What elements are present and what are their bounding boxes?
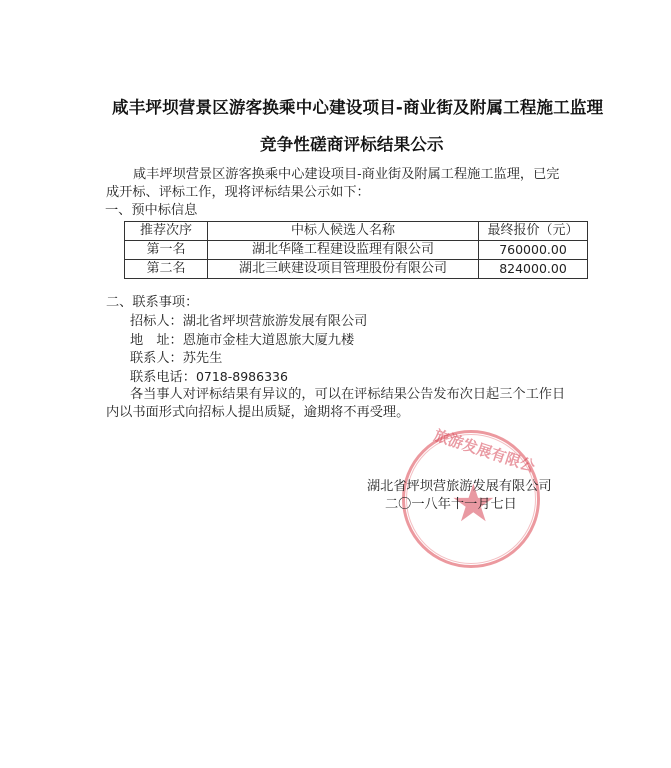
table-header-row: 推荐次序 中标人候选人名称 最终报价（元） [125,222,588,241]
document-title-line2: 竞争性磋商评标结果公示 [260,131,444,155]
contact-person: 联系人：苏先生 [130,350,222,368]
intro-text-line2: 成开标、评标工作，现将评标结果公示如下： [106,184,370,202]
signature-company: 湖北省坪坝营旅游发展有限公司 [367,478,552,496]
contact-phone-number: 0718-8986336 [196,369,288,384]
cell-price: 824000.00 [479,260,588,279]
cell-rank: 第二名 [125,260,208,279]
header-rank: 推荐次序 [125,222,208,241]
contact-tenderer: 招标人：湖北省坪坝营旅游发展有限公司 [130,313,367,331]
cell-rank: 第一名 [125,241,208,260]
contact-phone: 联系电话：0718-8986336 [130,368,288,387]
cell-price: 760000.00 [479,241,588,260]
header-candidate-name: 中标人候选人名称 [208,222,479,241]
objection-text-line2: 内以书面形式向招标人提出质疑，逾期将不再受理。 [106,404,409,422]
objection-text-line1: 各当事人对评标结果有异议的，可以在评标结果公告发布次日起三个工作日 [130,386,565,404]
signature-date: 二〇一八年十一月七日 [385,496,517,514]
cell-candidate-name: 湖北三峡建设项目管理股份有限公司 [208,260,479,279]
header-final-price: 最终报价（元） [479,222,588,241]
document-title-line1: 咸丰坪坝营景区游客换乘中心建设项目-商业街及附属工程施工监理 [112,94,603,118]
intro-text-line1: 咸丰坪坝营景区游客换乘中心建设项目-商业街及附属工程施工监理，已完 [133,166,559,184]
table-row: 第二名 湖北三峡建设项目管理股份有限公司 824000.00 [125,260,588,279]
bid-result-table: 推荐次序 中标人候选人名称 最终报价（元） 第一名 湖北华隆工程建设监理有限公司… [124,221,588,279]
section-heading-contacts: 二、联系事项： [106,294,198,312]
table-row: 第一名 湖北华隆工程建设监理有限公司 760000.00 [125,241,588,260]
contact-phone-label: 联系电话： [130,370,196,385]
cell-candidate-name: 湖北华隆工程建设监理有限公司 [208,241,479,260]
section-heading-bid-info: 一、预中标信息 [105,202,197,220]
contact-address: 地 址：恩施市金桂大道恩旅大厦九楼 [130,332,354,350]
